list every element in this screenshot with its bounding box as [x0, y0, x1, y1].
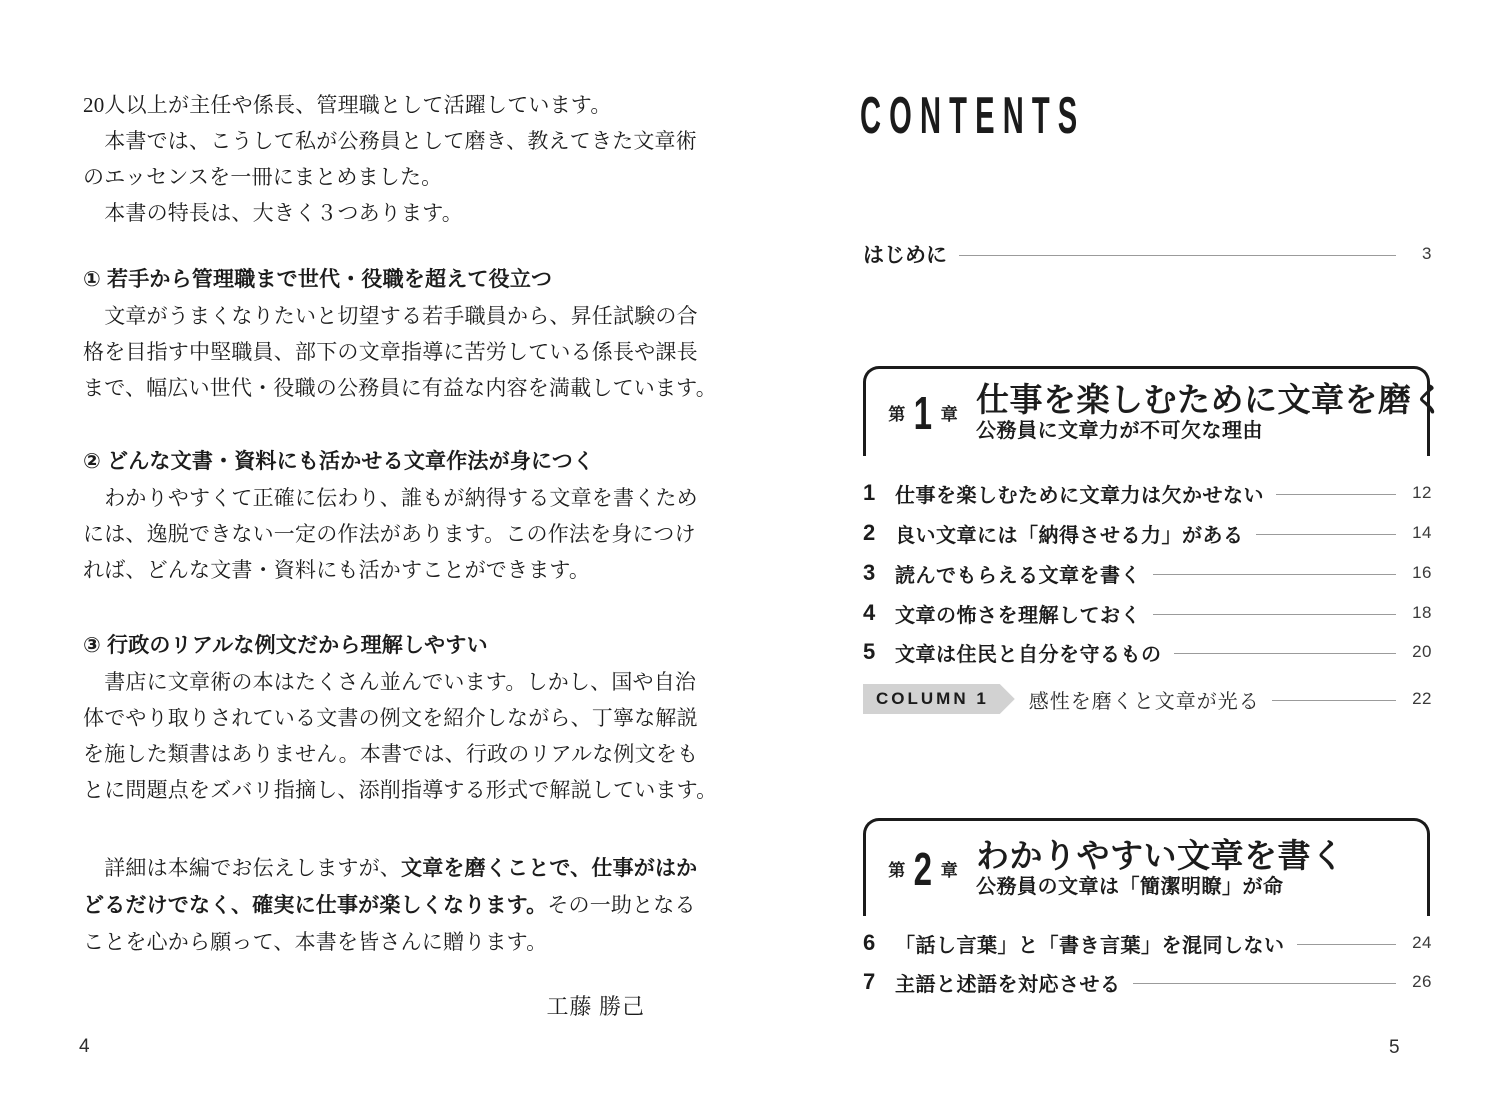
- toc-row: 6 「話し言葉」と「書き言葉」を混同しない 24: [863, 926, 1432, 960]
- book-spread: 20人以上が主任や係長、管理職として活躍しています。 本書では、こうして私が公務…: [0, 0, 1512, 1111]
- leader-line: [1133, 983, 1397, 984]
- toc-page-number: 14: [1406, 523, 1432, 543]
- toc-page-number: 24: [1406, 933, 1432, 953]
- body-line: には、逸脱できない一定の作法があります。この作法を身につけ: [83, 516, 661, 552]
- chapter2-title: わかりやすい文章を書く: [976, 837, 1345, 875]
- feature-section-2: ② どんな文書・資料にも活かせる文章作法が身につく わかりやすくて正確に伝わり、…: [83, 444, 661, 588]
- intro-paragraph: 20人以上が主任や係長、管理職として活躍しています。 本書では、こうして私が公務…: [83, 87, 661, 231]
- leader-line: [959, 255, 1396, 256]
- closing-normal-text: その一助となる: [547, 893, 695, 917]
- toc-item-title: 文章の怖さを理解しておく: [895, 599, 1141, 628]
- body-line: ことを心から願って、本書を皆さんに贈ります。: [83, 924, 661, 960]
- body-line: 体でやり取りされている文書の例文を紹介しながら、丁寧な解説: [83, 700, 661, 736]
- body-line: のエッセンスを一冊にまとめました。: [83, 159, 661, 195]
- closing-paragraph: 詳細は本編でお伝えしますが、文章を磨くことで、仕事がはか どるだけでなく、確実に…: [83, 850, 661, 960]
- chapter-prefix: 第: [888, 856, 905, 881]
- toc-page-number: 12: [1406, 483, 1432, 503]
- feature-section-1: ① 若手から管理職まで世代・役職を超えて役立つ 文章がうまくなりたいと切望する若…: [83, 262, 661, 406]
- page-number-right: 5: [1389, 1037, 1400, 1059]
- toc-page-number: 3: [1406, 244, 1432, 264]
- chapter2-label: 第 2 章: [880, 846, 966, 892]
- closing-normal-text: 詳細は本編でお伝えしますが、: [83, 856, 401, 880]
- chapter-number: 2: [912, 846, 933, 892]
- toc-row: 2 良い文章には「納得させる力」がある 14: [863, 516, 1432, 550]
- toc-row: 7 主語と述語を対応させる 26: [863, 965, 1432, 999]
- section-heading: ② どんな文書・資料にも活かせる文章作法が身につく: [83, 444, 661, 480]
- toc-item-number: 3: [863, 560, 895, 586]
- chapter1-label: 第 1 章: [880, 390, 966, 436]
- toc-item-number: 2: [863, 520, 895, 546]
- leader-line: [1272, 700, 1396, 701]
- toc-item-number: 5: [863, 639, 895, 665]
- toc-row: 3 読んでもらえる文章を書く 16: [863, 556, 1432, 590]
- toc-row-hajimeni: はじめに 3: [863, 237, 1432, 271]
- chapter2-subtitle: 公務員の文章は「簡潔明瞭」が命: [976, 875, 1345, 900]
- leader-line: [1174, 653, 1397, 654]
- toc-row: 4 文章の怖さを理解しておく 18: [863, 596, 1432, 630]
- section-heading: ① 若手から管理職まで世代・役職を超えて役立つ: [83, 262, 661, 298]
- toc-item-number: 6: [863, 930, 895, 956]
- chapter1-subtitle: 公務員に文章力が不可欠な理由: [976, 419, 1445, 444]
- body-line: どるだけでなく、確実に仕事が楽しくなります。その一助となる: [83, 887, 661, 924]
- contents-title: CONTENTS: [860, 90, 1085, 142]
- section-heading: ③ 行政のリアルな例文だから理解しやすい: [83, 628, 661, 664]
- column-badge: COLUMN 1: [863, 684, 1015, 714]
- body-line: 本書の特長は、大きく３つあります。: [83, 195, 661, 231]
- toc-item-title: 良い文章には「納得させる力」がある: [895, 519, 1244, 548]
- toc-page-number: 16: [1406, 563, 1432, 583]
- toc-item-number: 7: [863, 969, 895, 995]
- page-number-left: 4: [79, 1036, 90, 1058]
- body-line: を施した類書はありません。本書では、行政のリアルな例文をも: [83, 736, 661, 772]
- body-line: 本書では、こうして私が公務員として磨き、教えてきた文章術: [83, 123, 661, 159]
- chapter1-titles: 仕事を楽しむために文章を磨く 公務員に文章力が不可欠な理由: [976, 381, 1445, 444]
- column-title: 感性を磨くと文章が光る: [1029, 685, 1260, 714]
- feature-section-3: ③ 行政のリアルな例文だから理解しやすい 書店に文章術の本はたくさん並んでいます…: [83, 628, 661, 808]
- chapter2-box: 第 2 章 わかりやすい文章を書く 公務員の文章は「簡潔明瞭」が命: [863, 818, 1430, 916]
- body-line: 格を目指す中堅職員、部下の文章指導に苦労している係長や課長: [83, 334, 661, 370]
- closing-bold-text: 文章を磨くことで、仕事がはか: [401, 857, 697, 880]
- chapter1-box: 第 1 章 仕事を楽しむために文章を磨く 公務員に文章力が不可欠な理由: [863, 366, 1430, 456]
- body-line: 詳細は本編でお伝えしますが、文章を磨くことで、仕事がはか: [83, 850, 661, 887]
- toc-item-title: 主語と述語を対応させる: [895, 968, 1121, 997]
- chapter-prefix: 第: [888, 400, 905, 425]
- body-line: 書店に文章術の本はたくさん並んでいます。しかし、国や自治: [83, 664, 661, 700]
- leader-line: [1153, 614, 1396, 615]
- toc-item-title: 読んでもらえる文章を書く: [895, 559, 1141, 588]
- leader-line: [1297, 944, 1397, 945]
- leader-line: [1276, 494, 1396, 495]
- body-line: 20人以上が主任や係長、管理職として活躍しています。: [83, 87, 661, 123]
- toc-item-title: 「話し言葉」と「書き言葉」を混同しない: [895, 929, 1285, 958]
- toc-row: 1 仕事を楽しむために文章力は欠かせない 12: [863, 476, 1432, 510]
- chapter-suffix: 章: [941, 856, 958, 881]
- toc-row-column1: COLUMN 1 感性を磨くと文章が光る 22: [863, 682, 1432, 716]
- toc-page-number: 18: [1406, 603, 1432, 623]
- body-line: れば、どんな文書・資料にも活かすことができます。: [83, 552, 661, 588]
- toc-page-number: 20: [1406, 642, 1432, 662]
- leader-line: [1153, 574, 1396, 575]
- closing-bold-text: どるだけでなく、確実に仕事が楽しくなります。: [83, 894, 547, 917]
- toc-page-number: 26: [1406, 972, 1432, 992]
- toc-label: はじめに: [863, 239, 947, 269]
- body-line: とに問題点をズバリ指摘し、添削指導する形式で解説しています。: [83, 772, 661, 808]
- chapter-suffix: 章: [941, 400, 958, 425]
- leader-line: [1256, 534, 1397, 535]
- toc-item-number: 1: [863, 480, 895, 506]
- body-line: 文章がうまくなりたいと切望する若手職員から、昇任試験の合: [83, 298, 661, 334]
- body-line: まで、幅広い世代・役職の公務員に有益な内容を満載しています。: [83, 370, 661, 406]
- toc-page-number: 22: [1406, 689, 1432, 709]
- author-name: 工藤 勝己: [83, 990, 645, 1021]
- chapter1-title: 仕事を楽しむために文章を磨く: [976, 381, 1445, 419]
- chapter-number: 1: [912, 390, 933, 436]
- toc-item-number: 4: [863, 600, 895, 626]
- chapter2-titles: わかりやすい文章を書く 公務員の文章は「簡潔明瞭」が命: [976, 837, 1345, 900]
- toc-item-title: 文章は住民と自分を守るもの: [895, 638, 1162, 667]
- body-line: わかりやすくて正確に伝わり、誰もが納得する文章を書くため: [83, 480, 661, 516]
- toc-row: 5 文章は住民と自分を守るもの 20: [863, 635, 1432, 669]
- toc-item-title: 仕事を楽しむために文章力は欠かせない: [895, 479, 1264, 508]
